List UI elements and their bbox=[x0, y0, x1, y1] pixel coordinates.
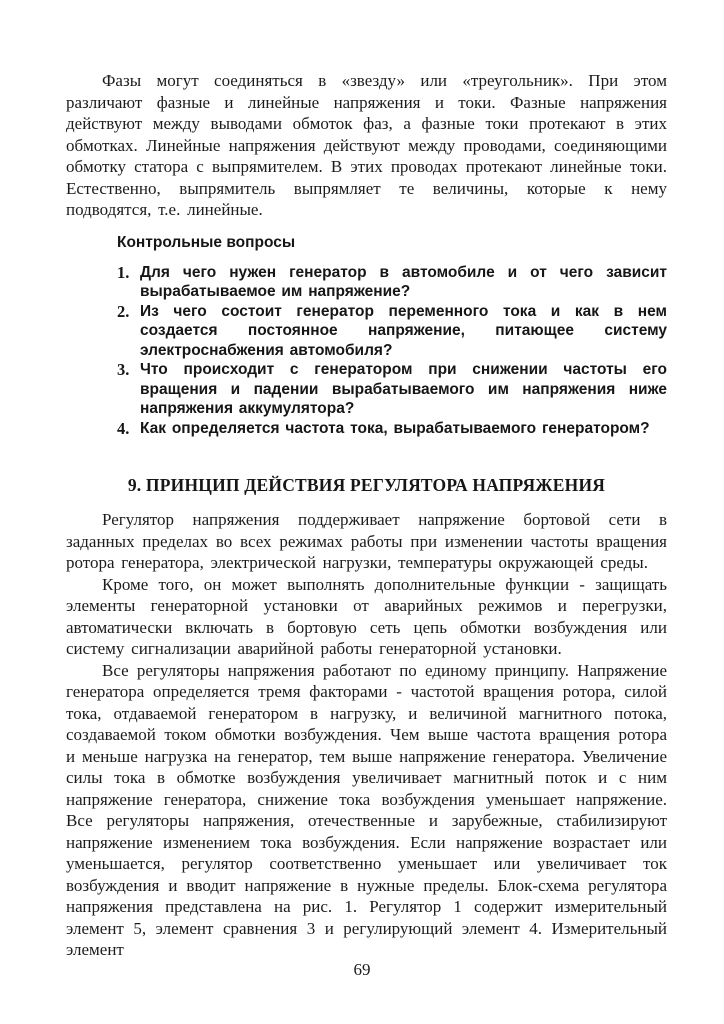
section-paragraph: Кроме того, он может выполнять дополните… bbox=[66, 574, 667, 660]
question-item: 4. Как определяется частота тока, выраба… bbox=[117, 419, 667, 439]
question-text: Для чего нужен генератор в автомобиле и … bbox=[140, 263, 667, 302]
intro-paragraph: Фазы могут соединяться в «звезду» или «т… bbox=[66, 70, 667, 221]
question-number: 3. bbox=[117, 360, 140, 380]
question-item: 3. Что происходит с генератором при сниж… bbox=[117, 360, 667, 419]
page-number: 69 bbox=[0, 960, 724, 980]
question-text: Из чего состоит генератор переменного то… bbox=[140, 302, 667, 361]
question-text: Что происходит с генератором при снижени… bbox=[140, 360, 667, 419]
question-number: 4. bbox=[117, 419, 140, 439]
questions-title: Контрольные вопросы bbox=[117, 233, 667, 253]
page-content: Фазы могут соединяться в «звезду» или «т… bbox=[66, 70, 667, 961]
section-paragraph: Регулятор напряжения поддерживает напряж… bbox=[66, 509, 667, 574]
question-item: 1. Для чего нужен генератор в автомобиле… bbox=[117, 263, 667, 302]
question-text: Как определяется частота тока, вырабатыв… bbox=[140, 419, 667, 439]
question-number: 1. bbox=[117, 263, 140, 283]
section-paragraph: Все регуляторы напряжения работают по ед… bbox=[66, 660, 667, 961]
question-item: 2. Из чего состоит генератор переменного… bbox=[117, 302, 667, 361]
section-heading: 9. ПРИНЦИП ДЕЙСТВИЯ РЕГУЛЯТОРА НАПРЯЖЕНИ… bbox=[66, 474, 667, 496]
question-number: 2. bbox=[117, 302, 140, 322]
document-page: Фазы могут соединяться в «звезду» или «т… bbox=[0, 0, 724, 1024]
questions-list: 1. Для чего нужен генератор в автомобиле… bbox=[117, 263, 667, 439]
